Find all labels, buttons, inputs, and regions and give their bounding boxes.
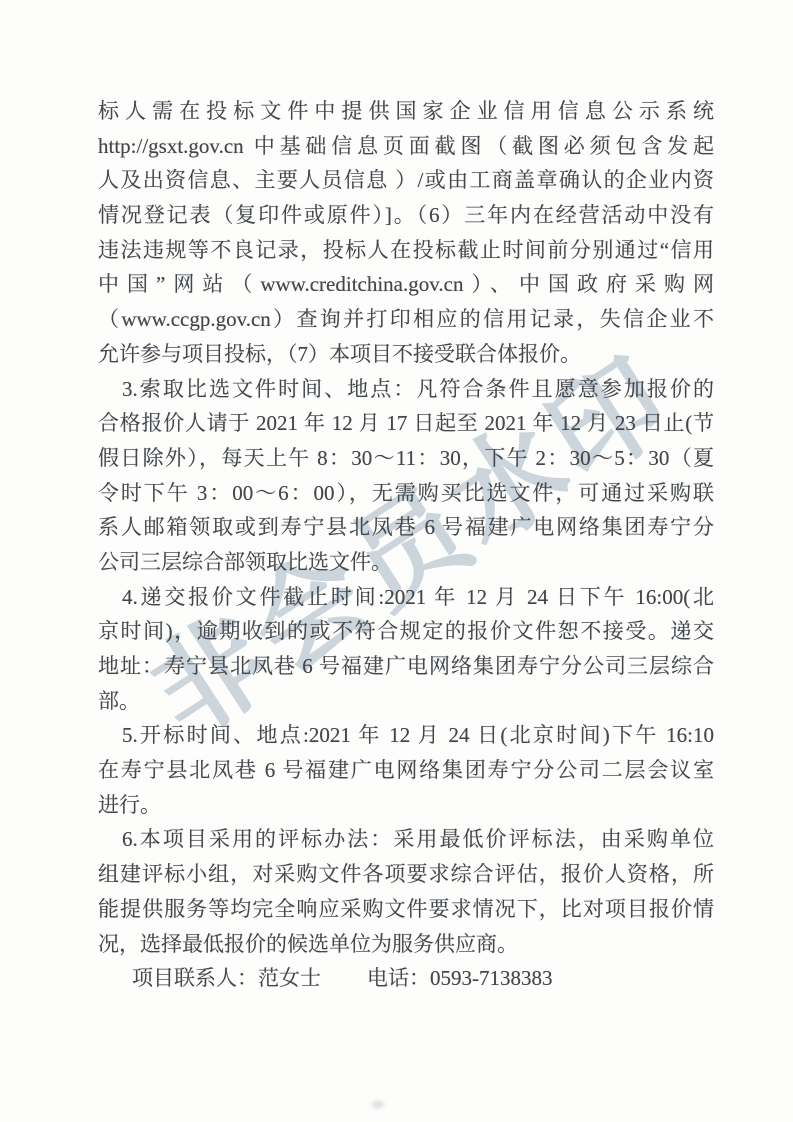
text-line: 公司三层综合部领取比选文件。 — [98, 545, 714, 580]
clause-3-line: 3.索取比选文件时间、地点：凡符合条件且愿意参加报价的 — [98, 372, 714, 407]
text-line: 组建评标小组，对采购文件各项要求综合评估，报价人资格，所 — [98, 857, 714, 892]
text-line: 况，选择最低报价的候选单位为服务供应商。 — [98, 927, 714, 962]
text-line: 标人需在投标文件中提供国家企业信用信息公示系统 — [98, 94, 714, 129]
clause-6-line: 6.本项目采用的评标办法：采用最低价评标法，由采购单位 — [98, 822, 714, 857]
contact-phone: 电话：0593-7138383 — [367, 966, 553, 990]
text-line: 进行。 — [98, 788, 714, 823]
text-line: 在寿宁县北凤巷 6 号福建广电网络集团寿宁分公司二层会议室 — [98, 753, 714, 788]
text-line: 合格报价人请于 2021 年 12 月 17 日起至 2021 年 12 月 2… — [98, 406, 714, 441]
text-line: 令时下午 3：00～6：00），无需购买比选文件，可通过采购联 — [98, 476, 714, 511]
text-line: 假日除外），每天上午 8：30～11：30，下午 2：30～5：30（夏 — [98, 441, 714, 476]
text-line: 部。 — [98, 684, 714, 719]
text-line: http://gsxt.gov.cn 中基础信息页面截图（截图必须包含发起 — [98, 129, 714, 164]
text-line: 京时间)，逾期收到的或不符合规定的报价文件恕不接受。递交 — [98, 614, 714, 649]
text-line: 系人邮箱领取或到寿宁县北凤巷 6 号福建广电网络集团寿宁分 — [98, 510, 714, 545]
clause-4-line: 4.递交报价文件截止时间:2021 年 12 月 24 日下午 16:00(北 — [98, 580, 714, 615]
text-line: 地址：寿宁县北凤巷 6 号福建广电网络集团寿宁分公司三层综合 — [98, 649, 714, 684]
contact-line: 项目联系人：范女士电话：0593-7138383 — [98, 961, 714, 996]
text-line: 能提供服务等均完全响应采购文件要求情况下，比对项目报价情 — [98, 892, 714, 927]
text-line: 人及出资信息、主要人员信息 ）/或由工商盖章确认的企业内资 — [98, 163, 714, 198]
text-line: （www.ccgp.gov.cn）查询并打印相应的信用记录，失信企业不 — [98, 302, 714, 337]
text-line: 情况登记表（复印件或原件）]。（6）三年内在经营活动中没有 — [98, 198, 714, 233]
scanned-document-page: 非会员水印 标人需在投标文件中提供国家企业信用信息公示系统 http://gsx… — [0, 0, 793, 1122]
scan-smudge — [372, 1100, 384, 1109]
text-line: 违法违规等不良记录，投标人在投标截止时间前分别通过“信用 — [98, 233, 714, 268]
text-line: 中国”网站（www.creditchina.gov.cn）、中国政府采购网 — [98, 267, 714, 302]
text-line: 允许参与项目投标，（7）本项目不接受联合体报价。 — [98, 337, 714, 372]
contact-person: 项目联系人：范女士 — [132, 966, 321, 990]
clause-5-line: 5.开标时间、地点:2021 年 12 月 24 日(北京时间)下午 16:10 — [98, 718, 714, 753]
document-body: 标人需在投标文件中提供国家企业信用信息公示系统 http://gsxt.gov.… — [98, 94, 714, 996]
